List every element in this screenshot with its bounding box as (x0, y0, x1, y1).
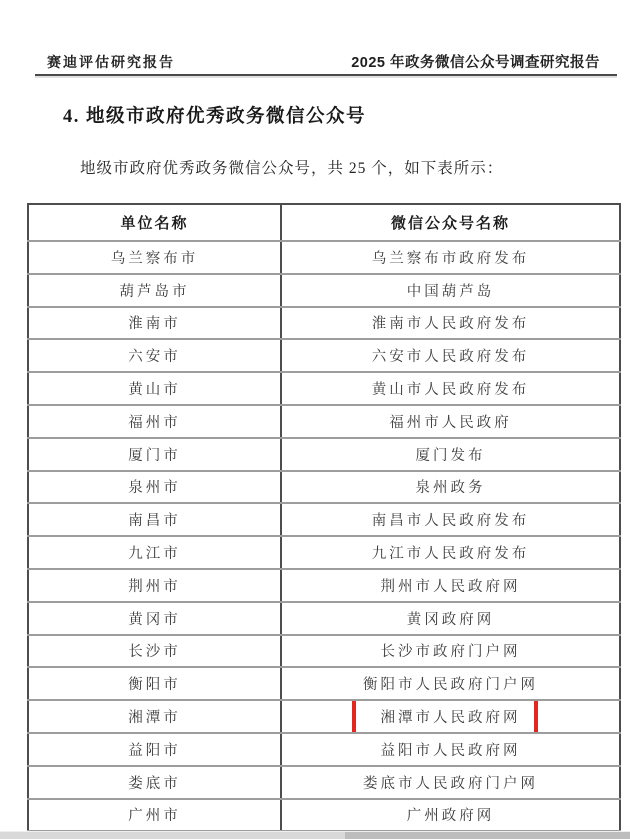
unit-name-cell: 乌兰察布市 (28, 241, 281, 274)
unit-name-cell: 黄冈市 (28, 602, 281, 635)
unit-name-cell: 黄山市 (28, 372, 281, 405)
unit-name-cell: 荆州市 (28, 569, 281, 602)
table-row: 泉州市泉州政务 (28, 471, 620, 504)
unit-name-cell: 衡阳市 (28, 667, 281, 700)
account-name-cell: 乌兰察布市政府发布 (281, 241, 620, 274)
table-row: 淮南市淮南市人民政府发布 (28, 307, 620, 340)
report-title: 2025 年政务微信公众号调查研究报告 (351, 51, 600, 72)
unit-name-cell: 厦门市 (28, 438, 281, 471)
header-divider (35, 74, 617, 76)
column-header-account-name: 微信公众号名称 (281, 204, 620, 241)
table-row: 南昌市南昌市人民政府发布 (28, 503, 620, 536)
table-row: 益阳市益阳市人民政府网 (28, 733, 620, 766)
account-name-cell: 中国葫芦岛 (281, 274, 620, 307)
unit-name-cell: 九江市 (28, 536, 281, 569)
account-name-cell: 黄山市人民政府发布 (281, 372, 620, 405)
table-row: 黄山市黄山市人民政府发布 (28, 372, 620, 405)
table-row: 厦门市厦门发布 (28, 438, 620, 471)
intro-paragraph: 地级市政府优秀政务微信公众号，共 25 个，如下表所示： (80, 156, 503, 178)
highlight-red-box (352, 700, 538, 733)
account-name-cell: 福州市人民政府 (281, 405, 620, 438)
table-row: 娄底市娄底市人民政府门户网 (28, 766, 620, 799)
account-name-cell: 南昌市人民政府发布 (281, 503, 620, 536)
account-name-cell: 淮南市人民政府发布 (281, 307, 620, 340)
account-name-cell: 六安市人民政府发布 (281, 339, 620, 372)
table-row: 衡阳市衡阳市人民政府门户网 (28, 667, 620, 700)
section-title: 4. 地级市政府优秀政务微信公众号 (63, 102, 366, 128)
table-header-row: 单位名称 微信公众号名称 (28, 204, 620, 241)
table-body: 乌兰察布市乌兰察布市政府发布葫芦岛市中国葫芦岛淮南市淮南市人民政府发布六安市六安… (28, 241, 620, 831)
unit-name-cell: 淮南市 (28, 307, 281, 340)
report-page: { "page": { "header_left": "赛迪评估研究报告", "… (0, 0, 630, 839)
horizontal-scrollbar[interactable] (0, 831, 630, 839)
table-row: 广州市广州政府网 (28, 799, 620, 832)
table-row: 乌兰察布市乌兰察布市政府发布 (28, 241, 620, 274)
running-header: 赛迪评估研究报告 2025 年政务微信公众号调查研究报告 (47, 51, 600, 72)
account-name-cell: 湘潭市人民政府网 (281, 700, 620, 733)
account-name-cell: 娄底市人民政府门户网 (281, 766, 620, 799)
table-row: 葫芦岛市中国葫芦岛 (28, 274, 620, 307)
table-row: 湘潭市湘潭市人民政府网 (28, 700, 620, 733)
unit-name-cell: 益阳市 (28, 733, 281, 766)
table-row: 六安市六安市人民政府发布 (28, 339, 620, 372)
unit-name-cell: 长沙市 (28, 635, 281, 668)
column-header-unit-name: 单位名称 (28, 204, 281, 241)
table-row: 福州市福州市人民政府 (28, 405, 620, 438)
unit-name-cell: 福州市 (28, 405, 281, 438)
account-name-cell: 黄冈政府网 (281, 602, 620, 635)
account-name-cell: 衡阳市人民政府门户网 (281, 667, 620, 700)
unit-name-cell: 六安市 (28, 339, 281, 372)
unit-name-cell: 湘潭市 (28, 700, 281, 733)
unit-name-cell: 娄底市 (28, 766, 281, 799)
table-row: 荆州市荆州市人民政府网 (28, 569, 620, 602)
table-row: 长沙市长沙市政府门户网 (28, 635, 620, 668)
account-name-cell: 荆州市人民政府网 (281, 569, 620, 602)
report-series-title: 赛迪评估研究报告 (47, 52, 175, 72)
table-row: 九江市九江市人民政府发布 (28, 536, 620, 569)
account-name-cell: 泉州政务 (281, 471, 620, 504)
unit-name-cell: 南昌市 (28, 503, 281, 536)
unit-name-cell: 葫芦岛市 (28, 274, 281, 307)
excellent-accounts-table: 单位名称 微信公众号名称 乌兰察布市乌兰察布市政府发布葫芦岛市中国葫芦岛淮南市淮… (27, 203, 621, 832)
account-name-cell: 厦门发布 (281, 438, 620, 471)
account-name-cell: 广州政府网 (281, 799, 620, 832)
scrollbar-thumb[interactable] (345, 832, 630, 839)
unit-name-cell: 广州市 (28, 799, 281, 832)
account-name-cell: 益阳市人民政府网 (281, 733, 620, 766)
table-row: 黄冈市黄冈政府网 (28, 602, 620, 635)
unit-name-cell: 泉州市 (28, 471, 281, 504)
account-name-cell: 九江市人民政府发布 (281, 536, 620, 569)
account-name-cell: 长沙市政府门户网 (281, 635, 620, 668)
